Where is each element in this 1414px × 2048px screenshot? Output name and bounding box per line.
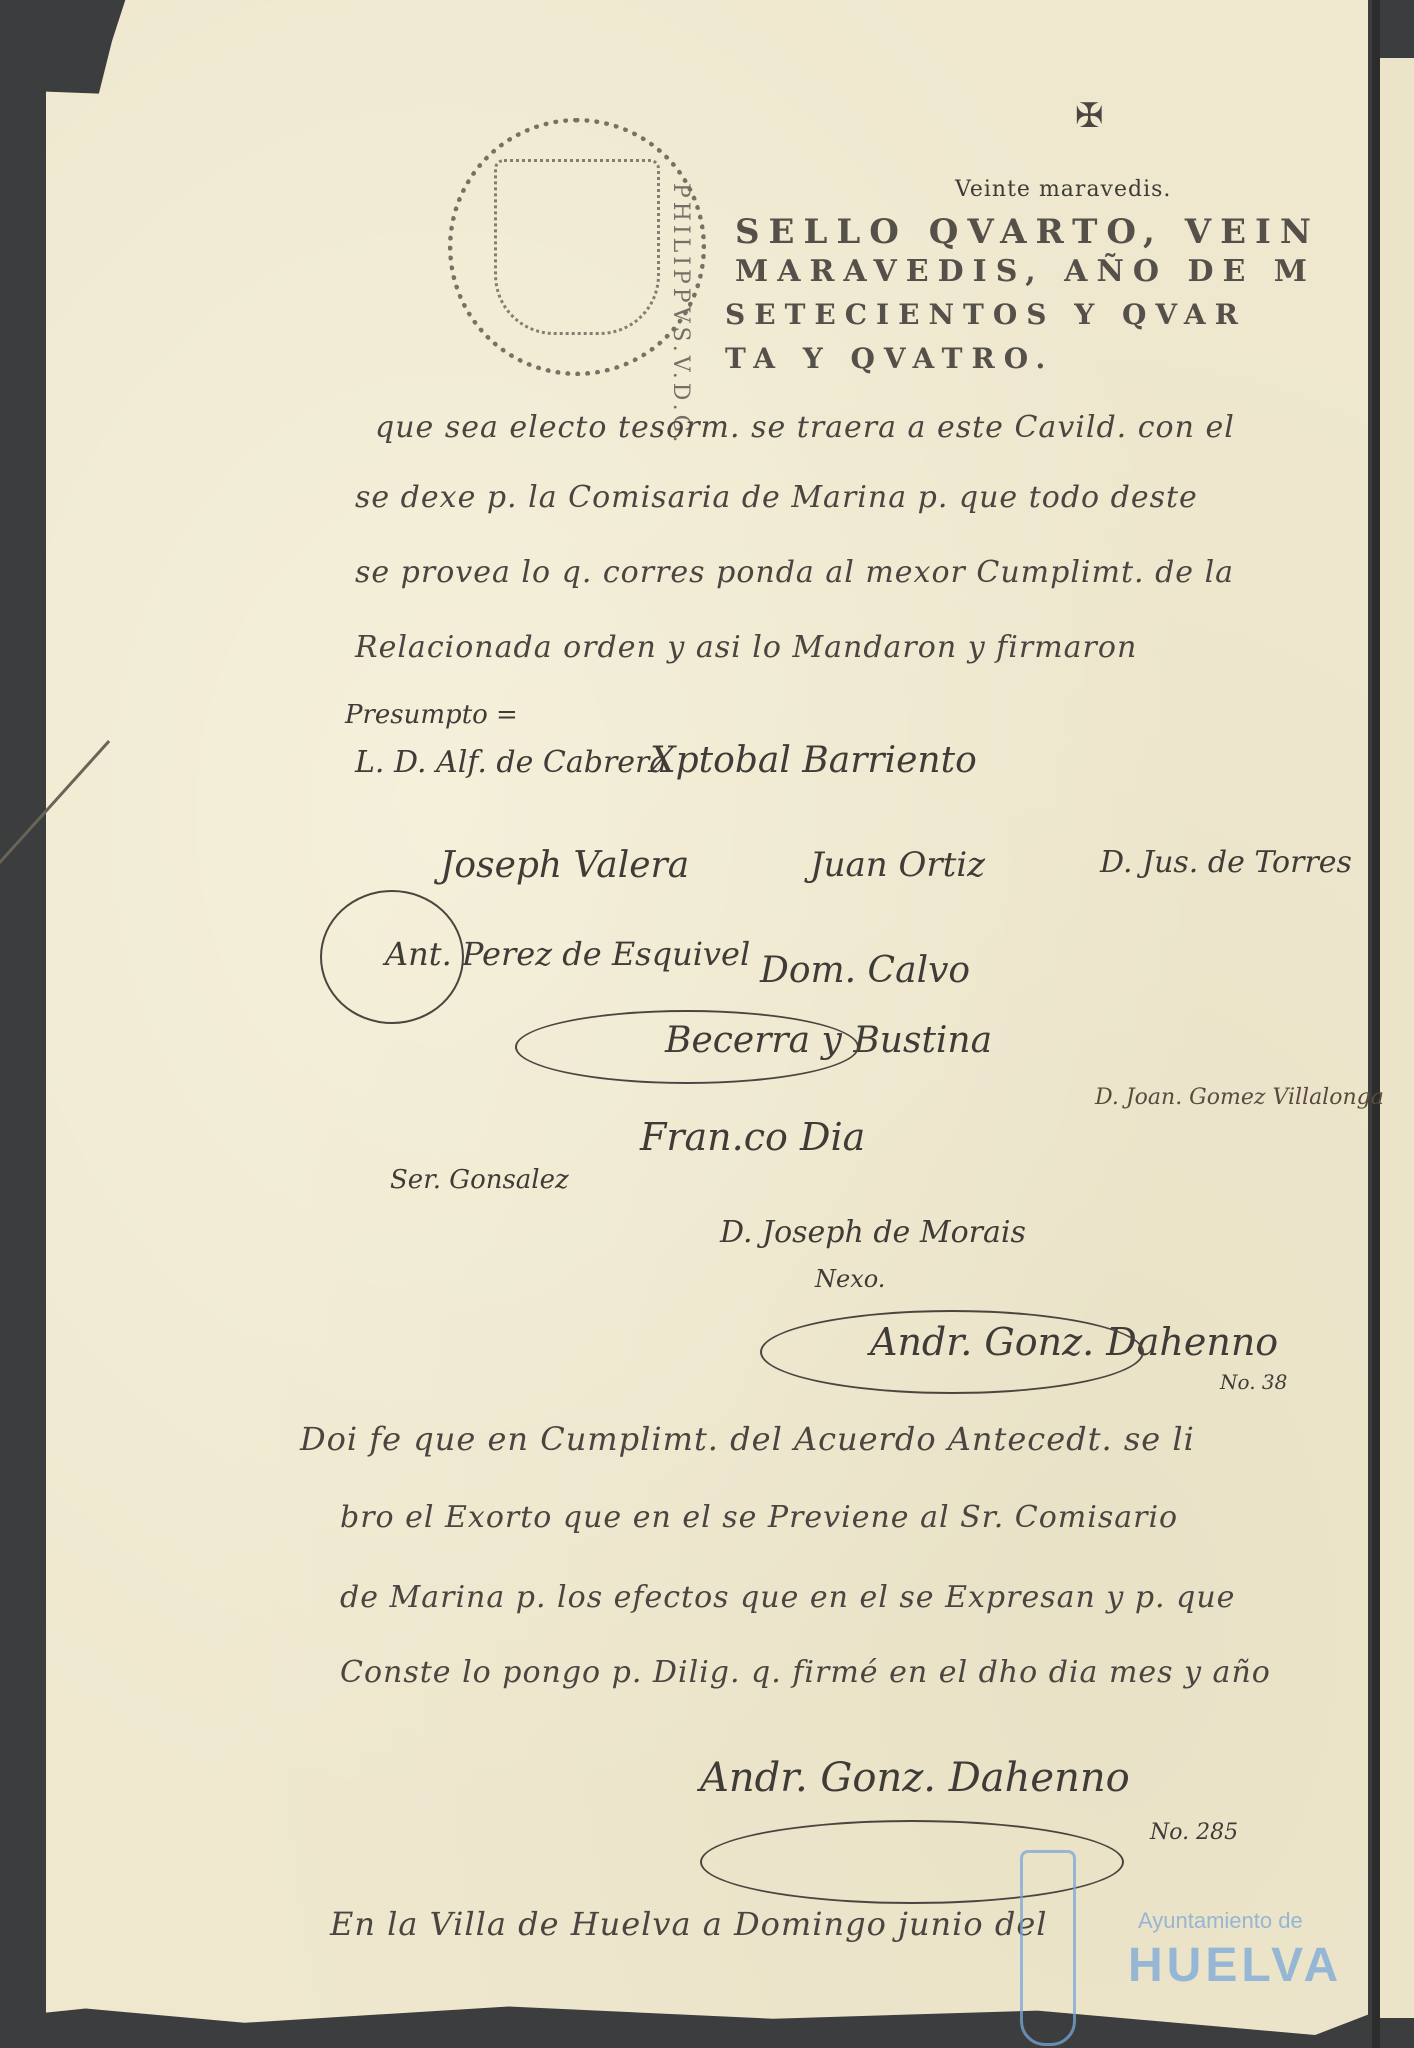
signature: No. 38 [1220, 1370, 1287, 1394]
seal-legend: PHILIPPVS.V.D.G. [668, 183, 693, 446]
signature: Nexo. [815, 1265, 885, 1293]
signature-flourish [760, 1310, 1144, 1394]
text-line: que sea electo tesorm. se traera a este … [375, 410, 1235, 445]
stamp-line-2: MARAVEDIS, AÑO DE M [735, 254, 1316, 289]
adjacent-page-edge [1380, 58, 1414, 2018]
signature: Xptobal Barriento [650, 740, 977, 781]
royal-seal: PHILIPPVS.V.D.G. [448, 118, 706, 376]
signature: Fran.co Dia [640, 1115, 865, 1159]
text-line: se dexe p. la Comisaria de Marina p. que… [355, 480, 1198, 515]
signature: Joseph Valera [440, 845, 689, 886]
cross-mark-icon: ✠ [1075, 96, 1104, 136]
huelva-crest-icon [1020, 1850, 1076, 2046]
signature: D. Joseph de Morais [720, 1215, 1026, 1250]
signature: D. Joan. Gomez Villalonga [1095, 1085, 1384, 1110]
signature: Dom. Calvo [760, 950, 970, 991]
closing-signature: Andr. Gonz. Dahenno [700, 1755, 1130, 1801]
coat-of-arms-shield-icon [494, 159, 660, 335]
text-line: Conste lo pongo p. Dilig. q. firmé en el… [340, 1655, 1271, 1690]
stamp-line-3: SETECIENTOS Y QVAR [725, 298, 1247, 331]
watermark-line-2: HUELVA [1128, 1938, 1342, 1993]
watermark-line-1: Ayuntamiento de [1138, 1908, 1303, 1934]
text-line: Relacionada orden y asi lo Mandaron y fi… [355, 630, 1137, 665]
signature: Ser. Gonsalez [390, 1165, 569, 1195]
signature-flourish [515, 1010, 859, 1084]
stamp-header: Veinte maravedis. [955, 177, 1171, 202]
book-spine [1372, 0, 1380, 2048]
closing-signature-number: No. 285 [1150, 1820, 1238, 1845]
footer-text-line: En la Villa de Huelva a Domingo junio de… [330, 1905, 1047, 1943]
text-line: Doi fe que en Cumplimt. del Acuerdo Ante… [300, 1420, 1195, 1458]
signature: Presumpto = [345, 700, 518, 730]
signature: Juan Ortiz [810, 845, 985, 885]
text-line: bro el Exorto que en el se Previene al S… [340, 1500, 1178, 1535]
stamp-line-4: TA Y QVATRO. [725, 342, 1054, 375]
stamp-line-1: SELLO QVARTO, VEIN [735, 212, 1320, 252]
signature: D. Jus. de Torres [1100, 845, 1352, 880]
text-line: de Marina p. los efectos que en el se Ex… [340, 1580, 1235, 1615]
text-line: se provea lo q. corres ponda al mexor Cu… [355, 555, 1234, 590]
signature: L. D. Alf. de Cabrera [355, 745, 667, 780]
signature-flourish [320, 890, 464, 1024]
